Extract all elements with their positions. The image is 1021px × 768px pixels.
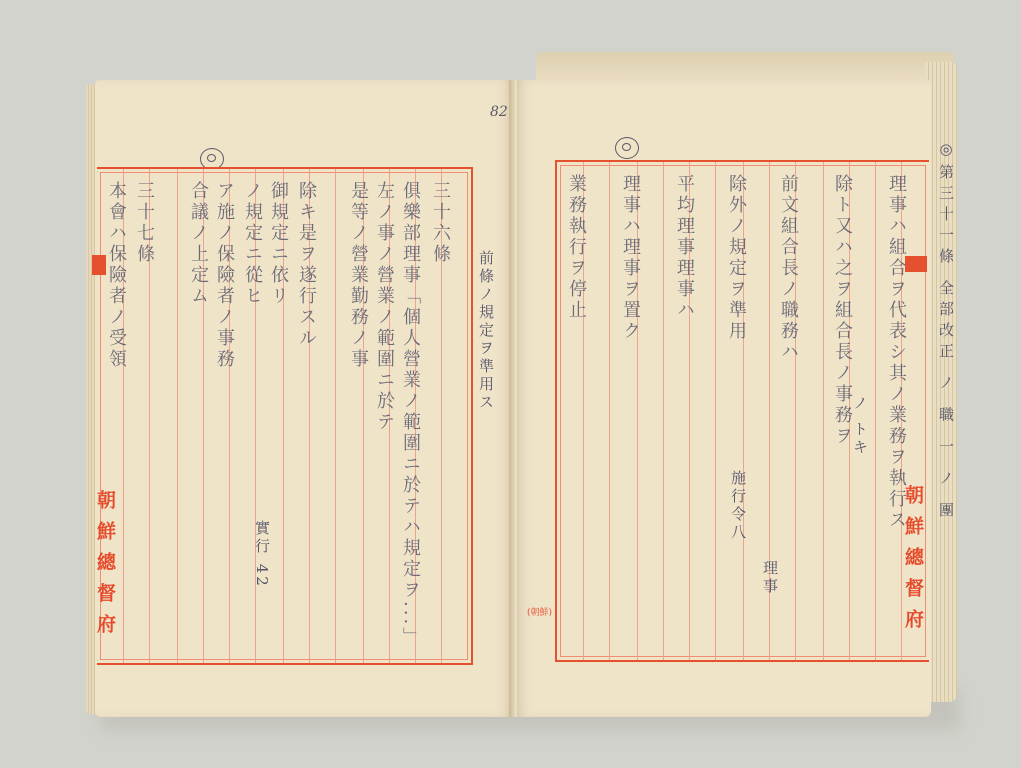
text-column: 三十七條 xyxy=(131,181,157,265)
margin-note: 理事 xyxy=(760,560,781,596)
text-column: ア施ノ保險者ノ事務 xyxy=(211,181,237,370)
text-column: 御規定ニ依リ xyxy=(265,181,291,307)
red-margin-tab xyxy=(92,255,106,275)
text-column: 合議ノ上定ム xyxy=(185,181,211,307)
page-number: 82 xyxy=(490,104,508,120)
text-column: 平均理事理事ハ xyxy=(671,174,697,321)
text-column: 本會ハ保險者ノ受領 xyxy=(103,181,129,370)
margin-note: ノ トキ xyxy=(850,395,871,457)
text-column: 俱樂部理事「個人營業ノ範圍ニ於テハ規定ヲ...」 xyxy=(397,181,423,648)
spine-label: ◎第三十一條 全部改正 ノ 職 一 ノ 團 xyxy=(936,140,957,523)
book-spine xyxy=(509,80,517,717)
section-mark-icon xyxy=(615,137,639,159)
text-column: 除外ノ規定ヲ準用 xyxy=(723,174,749,342)
text-column: 理事ハ理事ヲ置ク xyxy=(617,174,643,342)
text-column: 左ノ事ノ營業ノ範圍ニ於テ xyxy=(371,181,397,433)
page-stack-top xyxy=(536,52,954,80)
text-column: 是等ノ營業勤務ノ事 xyxy=(345,181,371,370)
office-stamp: 朝鮮總督府 xyxy=(900,485,927,640)
text-column: ノ規定ニ從ヒ xyxy=(239,181,265,307)
office-stamp: 朝鮮總督府 xyxy=(92,490,119,645)
left-ruled-frame: 三十六條 俱樂部理事「個人營業ノ範圍ニ於テハ規定ヲ...」 左ノ事ノ營業ノ範圍ニ… xyxy=(97,167,473,665)
margin-note: 施行令八 xyxy=(728,470,749,542)
right-ruled-frame: 理事ハ組合ヲ代表シ其ノ業務ヲ執行ス 除ト又ハ之ヲ組合長ノ事務ヲ 前文組合長ノ職務… xyxy=(555,160,929,662)
footer-mark: (朝鮮) xyxy=(527,605,552,618)
text-column: 除キ是ヲ遂行スル xyxy=(293,181,319,349)
margin-note: 前條ノ規定ヲ準用ス xyxy=(476,250,497,412)
text-column: 業務執行ヲ停止 xyxy=(563,174,589,321)
text-column: 三十六條 xyxy=(427,181,453,265)
text-column: 前文組合長ノ職務ハ xyxy=(775,174,801,363)
text-column: 理事ハ組合ヲ代表シ其ノ業務ヲ執行ス xyxy=(883,174,909,531)
red-margin-tab xyxy=(905,256,927,272)
margin-note: 實行 42 xyxy=(252,520,273,589)
